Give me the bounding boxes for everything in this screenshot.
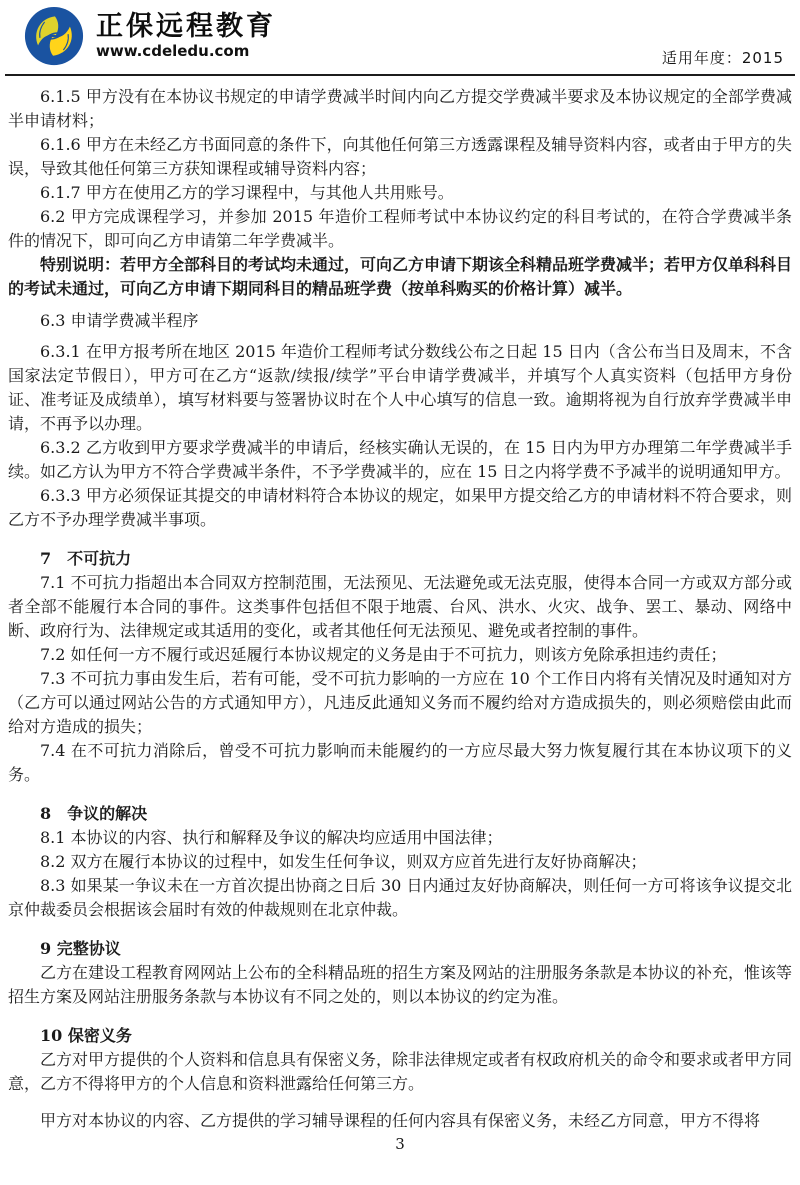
paragraph: 8.2 双方在履行本协议的过程中，如发生任何争议，则双方应首先进行友好协商解决； (8, 850, 792, 874)
paragraph: 6.3 申请学费减半程序 (8, 309, 792, 333)
paragraph: 6.3.3 甲方必须保证其提交的申请材料符合本协议的规定，如果甲方提交给乙方的申… (8, 484, 792, 532)
applicable-year-label: 适用年度：2015 (662, 47, 784, 68)
paragraph: 8.3 如果某一争议未在一方首次提出协商之日后 30 日内通过友好协商解决，则任… (8, 874, 792, 922)
paragraph: 乙方在建设工程教育网网站上公布的全科精品班的招生方案及网站的注册服务条款是本协议… (8, 961, 792, 1009)
section-heading: 8 争议的解决 (8, 802, 792, 826)
paragraph: 7.2 如任何一方不履行或迟延履行本协议规定的义务是由于不可抗力，则该方免除承担… (8, 643, 792, 667)
section-heading: 9 完整协议 (8, 937, 792, 961)
paragraph: 乙方对甲方提供的个人资料和信息具有保密义务，除非法律规定或者有权政府机关的命令和… (8, 1048, 792, 1096)
paragraph: 6.1.6 甲方在未经乙方书面同意的条件下，向其他任何第三方透露课程及辅导资料内… (8, 133, 792, 181)
paragraph: 6.2 甲方完成课程学习，并参加 2015 年造价工程师考试中本协议约定的科目考… (8, 205, 792, 253)
brand-logo-icon (24, 6, 84, 66)
page-number: 3 (0, 1135, 800, 1153)
paragraph: 特别说明：若甲方全部科目的考试均未通过，可向乙方申请下期该全科精品班学费减半；若… (8, 253, 792, 301)
page-header: 正保远程教育 www.cdeledu.com 适用年度：2015 (0, 0, 800, 74)
paragraph: 7.3 不可抗力事由发生后，若有可能，受不可抗力影响的一方应在 10 个工作日内… (8, 667, 792, 739)
paragraph: 8.1 本协议的内容、执行和解释及争议的解决均应适用中国法律； (8, 826, 792, 850)
paragraph: 甲方对本协议的内容、乙方提供的学习辅导课程的任何内容具有保密义务，未经乙方同意，… (8, 1109, 792, 1133)
document-page: 正保远程教育 www.cdeledu.com 适用年度：2015 6.1.5 甲… (0, 0, 800, 1185)
paragraph: 7.1 不可抗力指超出本合同双方控制范围，无法预见、无法避免或无法克服，使得本合… (8, 571, 792, 643)
paragraph: 6.3.1 在甲方报考所在地区 2015 年造价工程师考试分数线公布之日起 15… (8, 340, 792, 436)
section-heading: 10 保密义务 (8, 1024, 792, 1048)
document-body: 6.1.5 甲方没有在本协议书规定的申请学费减半时间内向乙方提交学费减半要求及本… (0, 76, 800, 1133)
paragraph: 7.4 在不可抗力消除后，曾受不可抗力影响而未能履约的一方应尽最大努力恢复履行其… (8, 739, 792, 787)
section-heading: 7 不可抗力 (8, 547, 792, 571)
paragraph: 6.1.5 甲方没有在本协议书规定的申请学费减半时间内向乙方提交学费减半要求及本… (8, 85, 792, 133)
brand-name: 正保远程教育 (96, 12, 276, 42)
brand-url: www.cdeledu.com (96, 42, 276, 60)
paragraph: 6.1.7 甲方在使用乙方的学习课程中，与其他人共用账号。 (8, 181, 792, 205)
paragraph: 6.3.2 乙方收到甲方要求学费减半的申请后，经核实确认无误的，在 15 日内为… (8, 436, 792, 484)
brand-text: 正保远程教育 www.cdeledu.com (96, 12, 276, 60)
